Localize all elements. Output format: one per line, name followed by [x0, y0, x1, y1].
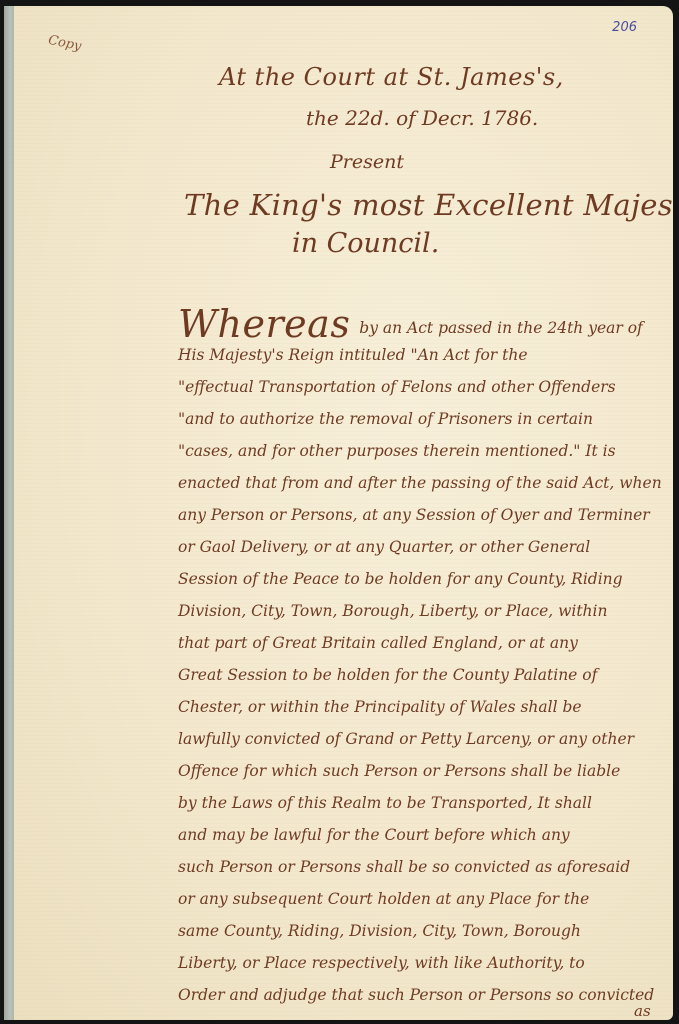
- body-line: Order and adjudge that such Person or Pe…: [178, 986, 654, 1004]
- catchword: as: [634, 1002, 651, 1020]
- manuscript-page: Copy 206 At the Court at St. James's, th…: [14, 6, 673, 1020]
- body-line: "and to authorize the removal of Prisone…: [178, 410, 593, 428]
- heading-assembly-line1: The King's most Excellent Majesty: [184, 188, 673, 222]
- body-line: that part of Great Britain called Englan…: [178, 634, 578, 652]
- body-line: lawfully convicted of Grand or Petty Lar…: [178, 730, 634, 748]
- body-line: His Majesty's Reign intituled "An Act fo…: [178, 346, 528, 364]
- body-line: Session of the Peace to be holden for an…: [178, 570, 623, 588]
- body-line: enacted that from and after the passing …: [178, 474, 662, 492]
- heading-present: Present: [330, 151, 404, 173]
- opening-word: Whereas: [178, 302, 350, 346]
- body-line: or any subsequent Court holden at any Pl…: [178, 890, 589, 908]
- body-line: same County, Riding, Division, City, Tow…: [178, 922, 581, 940]
- body-line: or Gaol Delivery, or at any Quarter, or …: [178, 538, 590, 556]
- body-line: by the Laws of this Realm to be Transpor…: [178, 794, 592, 812]
- body-line: Great Session to be holden for the Count…: [178, 666, 597, 684]
- heading-assembly-line2: in Council.: [292, 228, 439, 259]
- body-line: and may be lawful for the Court before w…: [178, 826, 570, 844]
- body-line: Offence for which such Person or Persons…: [178, 762, 620, 780]
- body-line: Division, City, Town, Borough, Liberty, …: [178, 602, 607, 620]
- body-line: Chester, or within the Principality of W…: [178, 698, 582, 716]
- body-line: such Person or Persons shall be so convi…: [178, 858, 630, 876]
- heading-place: At the Court at St. James's,: [219, 63, 564, 91]
- copy-annotation: Copy: [47, 33, 83, 55]
- heading-date: the 22d. of Decr. 1786.: [306, 106, 538, 130]
- body-line: Whereas by an Act passed in the 24th yea…: [178, 302, 643, 346]
- body-line: Liberty, or Place respectively, with lik…: [178, 954, 585, 972]
- body-line: any Person or Persons, at any Session of…: [178, 506, 650, 524]
- body-line: "cases, and for other purposes therein m…: [178, 442, 616, 460]
- body-line-text: by an Act passed in the 24th year of: [359, 319, 643, 337]
- body-line: "effectual Transportation of Felons and …: [178, 378, 616, 396]
- page-number: 206: [612, 20, 637, 35]
